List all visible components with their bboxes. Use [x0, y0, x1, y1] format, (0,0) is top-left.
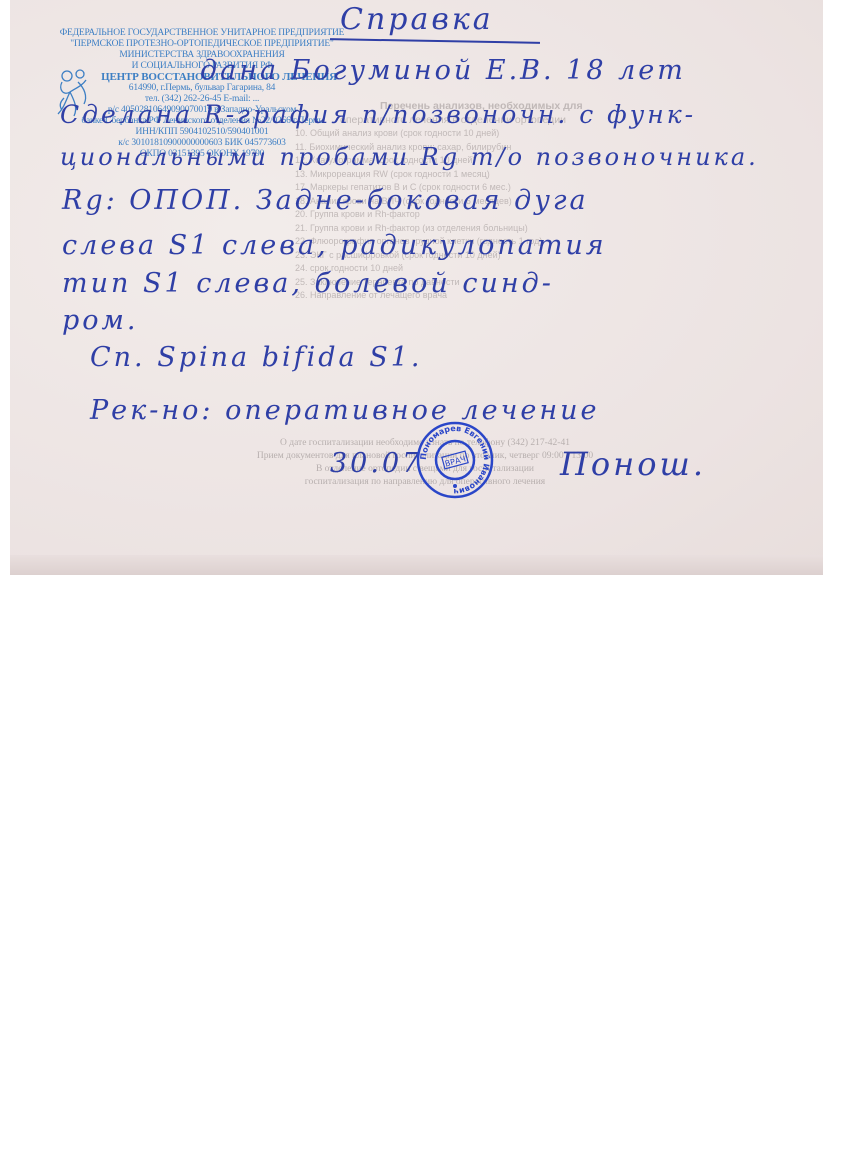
handwritten-line: Рек-но: оперативное лечение	[90, 395, 600, 426]
handwritten-line: Сделана R-графия п/позвоночн. с функ-	[60, 100, 696, 129]
handwritten-line: ром.	[62, 305, 139, 336]
handwritten-line: Rg: ОПОП. Задне-боковая дуга	[62, 185, 589, 216]
handwritten-date: 30.07	[330, 448, 422, 479]
letterhead-stamp: ФЕДЕРАЛЬНОЕ ГОСУДАРСТВЕННОЕ УНИТАРНОЕ ПР…	[52, 28, 352, 160]
letterhead-line: ФЕДЕРАЛЬНОЕ ГОСУДАРСТВЕННОЕ УНИТАРНОЕ ПР…	[52, 28, 352, 39]
handwritten-line: тип S1 слева, болевой синд-	[62, 268, 554, 299]
handwritten-line: Сп. Spina bifida S1.	[90, 342, 422, 373]
bleed-line: 10. Общий анализ крови (срок годности 10…	[295, 127, 805, 141]
page-bottom-edge	[10, 555, 823, 575]
doctor-round-stamp-icon: Пономарев Евгений Иванович ВРАЧ	[415, 420, 495, 500]
handwritten-line: циональными пробами Rg т/о позвоночника.	[60, 143, 759, 171]
handwritten-line: слева S1 слева, радикулопатия	[62, 230, 607, 261]
handwritten-line: дана Богуминой Е.В. 18 лет	[200, 55, 686, 86]
doctor-signature: Понош.	[560, 445, 706, 483]
letterhead-line: "ПЕРМСКОЕ ПРОТЕЗНО-ОРТОПЕДИЧЕСКОЕ ПРЕДПР…	[52, 39, 352, 50]
handwritten-title: Справка	[340, 2, 494, 37]
